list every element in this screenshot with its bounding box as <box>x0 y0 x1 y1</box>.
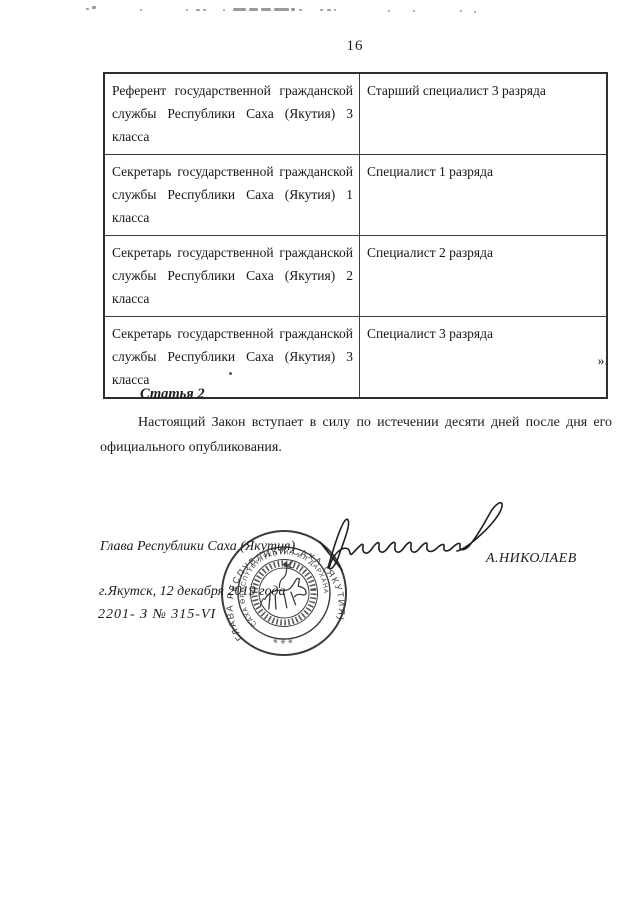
svg-text:✳ ✳ ✳: ✳ ✳ ✳ <box>271 635 294 648</box>
table-cell-position: Секретарь государственной гражданской сл… <box>105 155 360 235</box>
table-cell-position: Секретарь государственной гражданской сл… <box>105 236 360 316</box>
document-page: 16 Референт государственной гражданской … <box>0 0 640 905</box>
table-row: Секретарь государственной гражданской сл… <box>105 155 606 236</box>
article-body: Настоящий Закон вступает в силу по истеч… <box>100 410 612 460</box>
stray-dot-artifact <box>229 372 232 375</box>
closing-quote-mark: ». <box>560 354 608 370</box>
table-row: Секретарь государственной гражданской сл… <box>105 317 606 397</box>
rank-correspondence-table: Референт государственной гражданской слу… <box>103 72 608 399</box>
table-row: Референт государственной гражданской слу… <box>105 74 606 155</box>
page-number: 16 <box>340 38 370 55</box>
table-cell-position: Секретарь государственной гражданской сл… <box>105 317 360 397</box>
table-cell-rank: Старший специалист 3 разряда <box>360 74 606 154</box>
table-row: Секретарь государственной гражданской сл… <box>105 236 606 317</box>
table-cell-position: Референт государственной гражданской слу… <box>105 74 360 154</box>
document-number: 2201- З № 315-VI <box>98 607 216 623</box>
article-heading: Статья 2 <box>140 386 205 403</box>
signature-autograph <box>312 496 512 584</box>
seal-stars: ✳ ✳ ✳ <box>271 635 294 648</box>
table-cell-rank: Специалист 2 разряда <box>360 236 606 316</box>
table-cell-rank: Специалист 1 разряда <box>360 155 606 235</box>
